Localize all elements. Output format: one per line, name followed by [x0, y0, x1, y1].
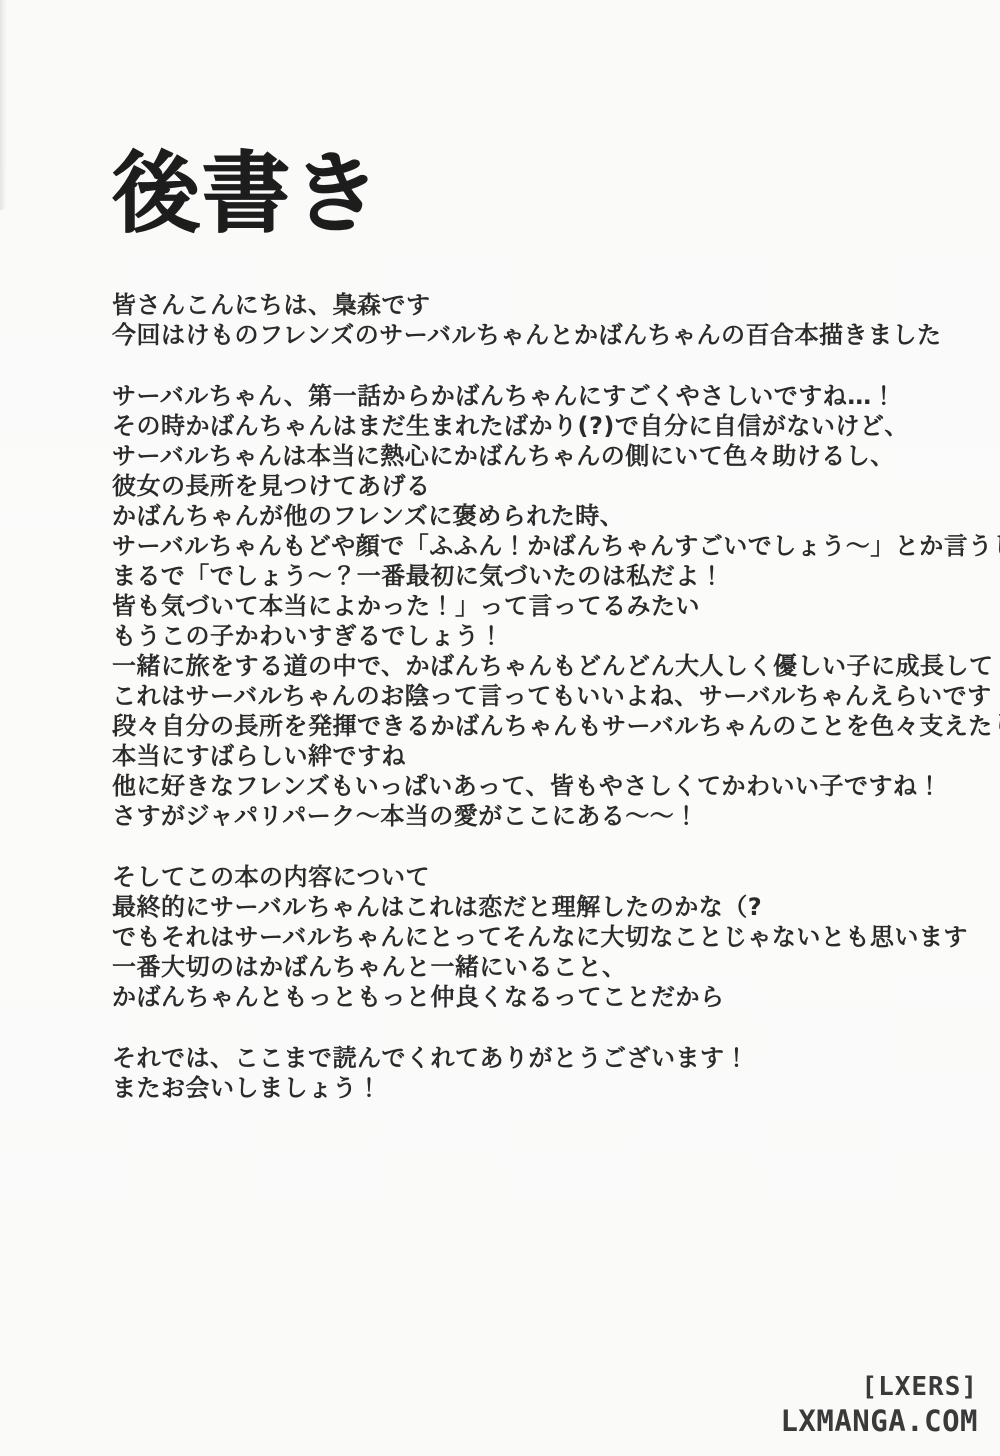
- watermark-site-name: LXMANGA.COM: [780, 1404, 978, 1438]
- watermark-group-name: [LXERS]: [780, 1371, 978, 1404]
- paragraph-greeting: 皆さんこんにちは、梟森です 今回はけものフレンズのサーバルちゃんとかばんちゃんの…: [112, 290, 942, 350]
- afterword-line: 一番大切のはかばんちゃんと一緒にいること、: [112, 952, 942, 982]
- afterword-line: 皆さんこんにちは、梟森です: [112, 290, 942, 320]
- paragraph-book-content: そしてこの本の内容について 最終的にサーバルちゃんはこれは恋だと理解したのかな（…: [112, 862, 942, 1012]
- page-title: 後書き: [112, 148, 942, 240]
- afterword-line: 他に好きなフレンズもいっぱいあって、皆もやさしくてかわいい子ですね！: [112, 771, 942, 801]
- afterword-line: さすがジャパリパーク～本当の愛がここにある～～！: [112, 801, 942, 831]
- paragraph-farewell: それでは、ここまで読んでくれてありがとうございます！ またお会いしましょう！: [112, 1043, 942, 1103]
- afterword-line: 皆も気づいて本当によかった！」って言ってるみたい: [112, 591, 942, 621]
- afterword-line: これはサーバルちゃんのお陰って言ってもいいよね、サーバルちゃんえらいです（笑）: [112, 681, 942, 711]
- afterword-line: 一緒に旅をする道の中で、かばんちゃんもどんどん大人しく優しい子に成長して: [112, 651, 942, 681]
- afterword-line: それでは、ここまで読んでくれてありがとうございます！: [112, 1043, 942, 1073]
- paragraph-impressions: サーバルちゃん、第一話からかばんちゃんにすごくやさしいですね…！ その時かばんち…: [112, 381, 942, 831]
- afterword-line: もうこの子かわいすぎるでしょう！: [112, 621, 942, 651]
- afterword-line: 本当にすばらしい絆ですね: [112, 741, 942, 771]
- afterword-line: かばんちゃんともっともっと仲良くなるってことだから: [112, 982, 942, 1012]
- afterword-line: 今回はけものフレンズのサーバルちゃんとかばんちゃんの百合本描きました: [112, 320, 942, 350]
- afterword-line: かばんちゃんが他のフレンズに褒められた時、: [112, 501, 942, 531]
- watermark: [LXERS] LXMANGA.COM: [780, 1371, 978, 1438]
- afterword-line: サーバルちゃんは本当に熱心にかばんちゃんの側にいて色々助けるし、: [112, 441, 942, 471]
- afterword-content: 後書き 皆さんこんにちは、梟森です 今回はけものフレンズのサーバルちゃんとかばん…: [112, 148, 942, 1103]
- afterword-line: その時かばんちゃんはまだ生まれたばかり(?)で自分に自信がないけど、: [112, 411, 942, 441]
- afterword-line: 彼女の長所を見つけてあげる: [112, 471, 942, 501]
- afterword-line: 最終的にサーバルちゃんはこれは恋だと理解したのかな（?: [112, 892, 942, 922]
- afterword-line: 段々自分の長所を発揮できるかばんちゃんもサーバルちゃんのことを色々支えたり: [112, 711, 942, 741]
- afterword-line: サーバルちゃん、第一話からかばんちゃんにすごくやさしいですね…！: [112, 381, 942, 411]
- scanned-page: 後書き 皆さんこんにちは、梟森です 今回はけものフレンズのサーバルちゃんとかばん…: [0, 0, 1000, 1456]
- afterword-line: そしてこの本の内容について: [112, 862, 942, 892]
- afterword-line: でもそれはサーバルちゃんにとってそんなに大切なことじゃないとも思います: [112, 922, 942, 952]
- afterword-line: サーバルちゃんもどや顔で「ふふん！かばんちゃんすごいでしょう～」とか言うし: [112, 531, 942, 561]
- afterword-line: またお会いしましょう！: [112, 1073, 942, 1103]
- afterword-line: まるで「でしょう～？一番最初に気づいたのは私だよ！: [112, 561, 942, 591]
- scan-edge-artifact: [0, 0, 7, 210]
